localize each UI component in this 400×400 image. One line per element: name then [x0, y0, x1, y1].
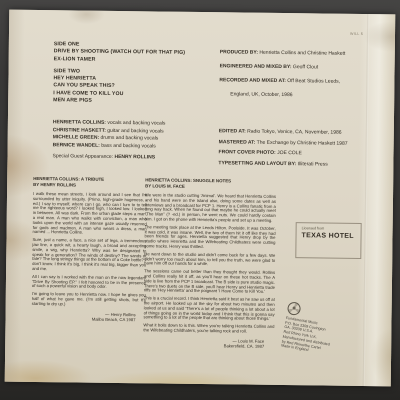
credit-value: Henrietta Collins and Christine Haskett	[259, 50, 345, 57]
credit-label: ENGINEERED AND MIXED BY:	[220, 63, 292, 70]
credit-value: Radio Tokyo, Venice, CA, November, 1986	[247, 129, 341, 136]
credit-label: TYPESETTING AND LAYOUT BY:	[218, 160, 296, 167]
record-sleeve-back-cover: WILL 5 SIDE ONE DRIVE BY SHOOTING (WATCH…	[5, 10, 396, 387]
label-imprint-block: Fundamental Music P.O. Box 2309 Covingto…	[281, 301, 358, 360]
personnel-role: vocals and backing vocals	[107, 120, 165, 127]
credit-line: England, UK, October, 1986	[230, 87, 345, 102]
essay-byline: BY LOUIS M. FACE	[145, 183, 276, 190]
personnel-name: CHRISTINE HASKETT:	[53, 127, 106, 134]
photo-backdrop: WILL 5 SIDE ONE DRIVE BY SHOOTING (WATCH…	[0, 0, 400, 400]
essay-paragraph: We were in the studio cutting 'Animal'. …	[145, 193, 276, 223]
special-guest-label: Special Guest Appearance:	[52, 154, 113, 161]
credit-line: PRODUCED BY: Henrietta Collins and Chris…	[220, 45, 346, 61]
credit-label: EDITED AT:	[219, 128, 246, 134]
essay-heading: HENRIETTA COLLINS: A TRIBUTE BY HENRY RO…	[33, 176, 147, 188]
special-guest-name: HENRY ROLLINS	[114, 154, 155, 160]
credit-line: ENGINEERED AND MIXED BY: Geoff Clout	[220, 59, 346, 75]
sleeve-crease	[363, 14, 370, 386]
credit-label: MASTERED AT:	[219, 139, 256, 145]
credit-label: FRONT COVER PHOTO:	[219, 149, 276, 156]
credit-value: England, UK, October, 1986	[230, 91, 292, 98]
liner-notes-face: HENRIETTA COLLINS: SNUGGLE NOTES BY LOUI…	[143, 177, 276, 375]
special-guest-line: Special Guest Appearance: HENRY ROLLINS	[52, 154, 165, 163]
personnel-name: MICHELLE GREEN:	[53, 134, 99, 141]
personnel-role: drums and backing vocals	[100, 135, 158, 142]
essay-paragraph: The meeting took place at the Leeds Hilt…	[144, 225, 275, 251]
credit-line: RECORDED AND MIXED AT: Off Beat Studios …	[219, 73, 345, 89]
fundamental-stamp-icon	[287, 301, 302, 316]
license-name: TEXAS HOTEL	[302, 232, 361, 240]
signature-location: Bakersfield, CA. 1987	[143, 342, 264, 348]
credit-value: Illiterati Press	[298, 161, 328, 167]
personnel-role: guitar and backing vocals	[107, 127, 164, 134]
personnel-name: BERNICE WANDEL:	[53, 142, 100, 149]
production-credits-block: PRODUCED BY: Henrietta Collins and Chris…	[219, 45, 345, 103]
license-box: Licensed from TEXAS HOTEL	[295, 222, 361, 259]
essay-paragraph: What it boils down to is this. When you'…	[143, 323, 274, 334]
credit-value: Geoff Clout	[293, 64, 318, 70]
essay-paragraph: This is a crucial record. I think Henrie…	[143, 296, 274, 322]
tracklist-block: SIDE ONE DRIVE BY SHOOTING (WATCH OUT FO…	[53, 41, 185, 106]
personnel-name: HENRIETTA COLLINS:	[53, 119, 106, 126]
credit-value: JOE COLE	[277, 150, 302, 156]
personnel-line: BERNICE WANDEL: bass and backing vocals	[53, 142, 166, 151]
essay-signature: — Henry Rollins Malibu Beach, CA 1987	[31, 310, 145, 321]
credit-label: RECORDED AND MIXED AT:	[219, 77, 286, 84]
corner-catalog-marking: WILL 5	[350, 32, 363, 36]
post-production-block: EDITED AT: Radio Tokyo, Venice, CA, Nove…	[218, 126, 347, 170]
personnel-block: HENRIETTA COLLINS: vocals and backing vo…	[52, 119, 165, 162]
essay-paragraph: I walk these mean streets, I look around…	[33, 192, 148, 237]
essay-paragraph: All I can say is I worked with the man o…	[32, 275, 146, 291]
signature-location: Malibu Beach, CA 1987	[31, 315, 135, 321]
license-label: Licensed from	[302, 226, 361, 231]
liner-notes-rollins: HENRIETTA COLLINS: A TRIBUTE BY HENRY RO…	[31, 176, 147, 373]
credit-line: TYPESETTING AND LAYOUT BY: Illiterati Pr…	[218, 158, 347, 170]
essay-paragraph: He went down to the studio and didn't co…	[144, 252, 275, 268]
essay-paragraph: I'm going to leave you to Henrietta now.…	[32, 292, 146, 308]
track-title: MEN ARE PIGS	[53, 97, 184, 106]
essay-heading: HENRIETTA COLLINS: SNUGGLE NOTES BY LOUI…	[145, 177, 276, 190]
essay-paragraph: Sure, just a name, a face, a nice set of…	[32, 238, 146, 273]
credit-value: Off Beat Studios Leeds,	[287, 78, 340, 85]
essay-paragraph: The sessions came out better than they t…	[144, 269, 275, 295]
personnel-role: bass and backing vocals	[101, 143, 156, 150]
credit-label: PRODUCED BY:	[220, 49, 258, 55]
credit-value: The Exchange by Christine Haskett 1987	[257, 139, 348, 146]
essay-signature: — Louis M. Face Bakersfield, CA. 1987	[143, 337, 274, 349]
essay-byline: BY HENRY ROLLINS	[33, 181, 147, 188]
